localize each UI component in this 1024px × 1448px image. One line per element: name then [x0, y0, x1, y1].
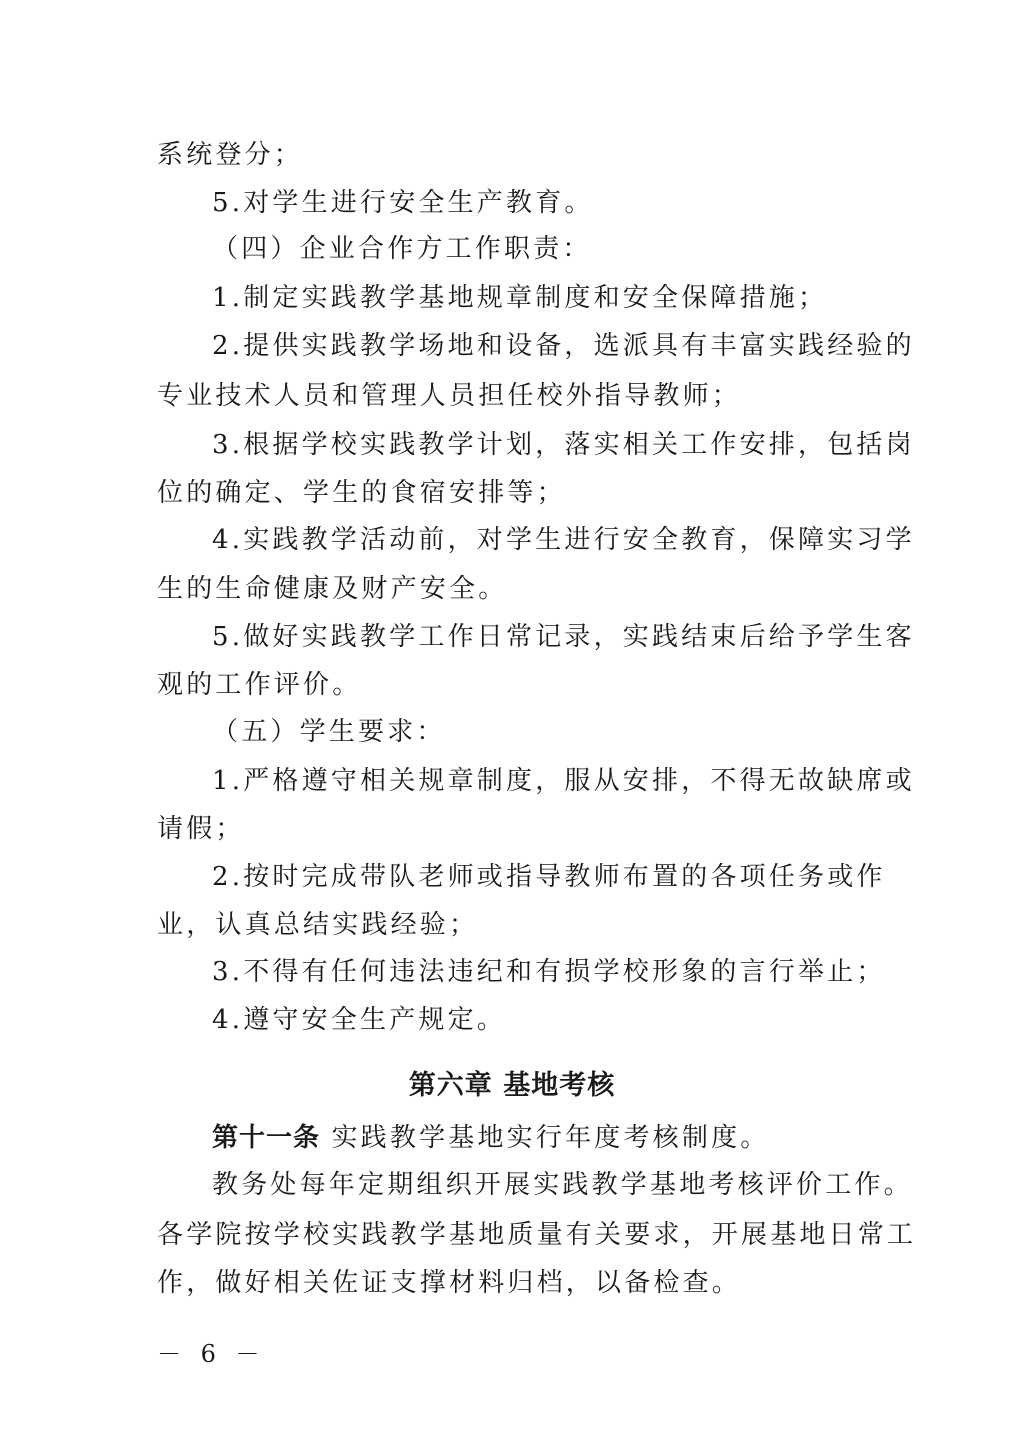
list-item: 5.做好实践教学工作日常记录，实践结束后给予学生客 — [212, 622, 869, 652]
text-line: 生的生命健康及财产安全。 — [157, 574, 869, 604]
text-line: 请假； — [157, 814, 869, 844]
text-line: 观的工作评价。 — [157, 670, 869, 700]
text-line: 系统登分； — [157, 140, 869, 170]
list-item: 4.实践教学活动前，对学生进行安全教育，保障实习学 — [212, 525, 869, 555]
article-text: 实践教学基地实行年度考核制度。 — [320, 1123, 769, 1153]
article-label: 第十一条 — [212, 1123, 320, 1153]
text-line: 业，认真总结实践经验； — [157, 910, 869, 940]
list-item: 4.遵守安全生产规定。 — [212, 1005, 869, 1035]
list-item: 3.根据学校实践教学计划，落实相关工作安排，包括岗 — [212, 430, 869, 460]
list-item: 5.对学生进行安全生产教育。 — [212, 188, 869, 218]
list-item: 1.严格遵守相关规章制度，服从安排，不得无故缺席或 — [212, 766, 869, 796]
text-line: 位的确定、学生的食宿安排等； — [157, 478, 869, 508]
section-heading: （四）企业合作方工作职责： — [212, 234, 924, 264]
chapter-title: 第六章 基地考核 — [0, 1063, 1024, 1102]
text-line: 教务处每年定期组织开展实践教学基地考核评价工作。 — [212, 1170, 869, 1200]
list-item: 1.制定实践教学基地规章制度和安全保障措施； — [212, 283, 869, 313]
list-item: 3.不得有任何违法违纪和有损学校形象的言行举止； — [212, 957, 869, 987]
list-item: 2.按时完成带队老师或指导教师布置的各项任务或作 — [212, 862, 869, 892]
text-line: 专业技术人员和管理人员担任校外指导教师； — [157, 381, 869, 411]
text-line: 作，做好相关佐证支撑材料归档，以备检查。 — [157, 1268, 869, 1298]
document-page: 系统登分； 5.对学生进行安全生产教育。 （四）企业合作方工作职责： 1.制定实… — [0, 0, 1024, 1448]
text-line: 各学院按学校实践教学基地质量有关要求，开展基地日常工 — [157, 1220, 869, 1250]
page-number: － 6 － — [157, 1334, 266, 1369]
article-line: 第十一条 实践教学基地实行年度考核制度。 — [212, 1123, 869, 1153]
list-item: 2.提供实践教学场地和设备，选派具有丰富实践经验的 — [212, 331, 869, 361]
section-heading: （五）学生要求： — [212, 717, 924, 747]
